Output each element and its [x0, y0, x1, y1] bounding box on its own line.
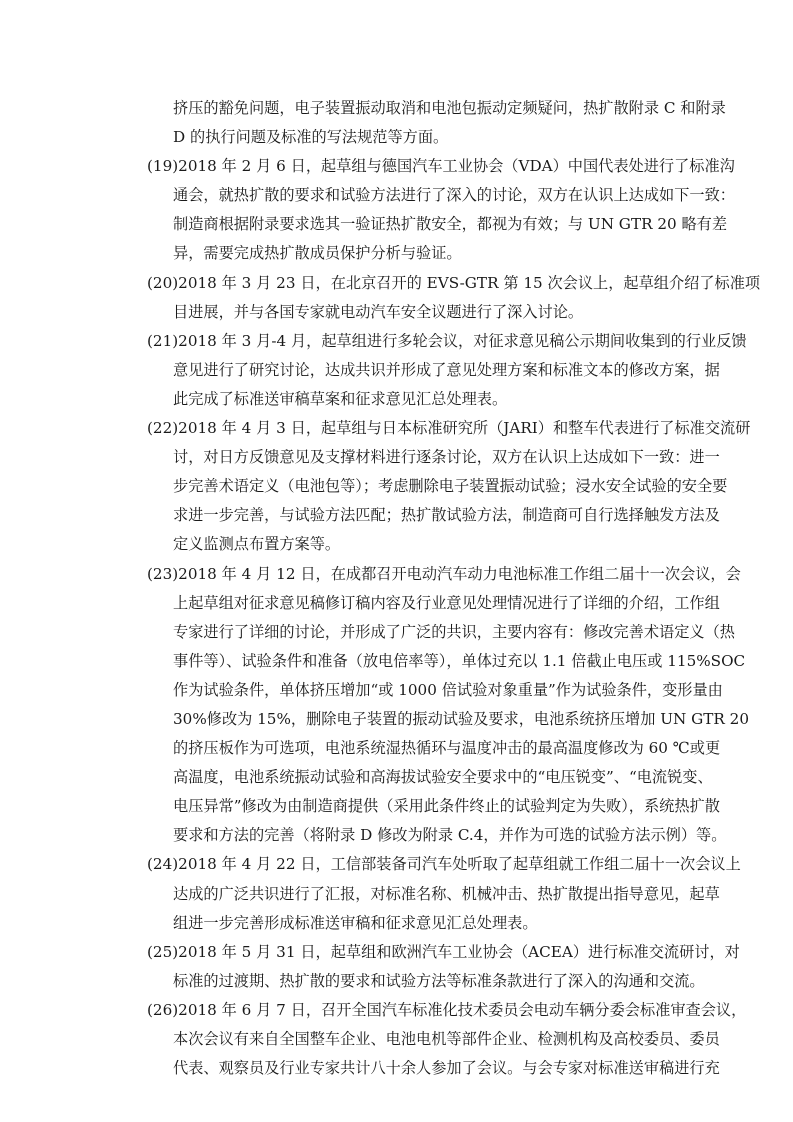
text-line: (22)2018 年 4 月 3 日，起草组与日本标准研究所（JARI）和整车代…	[147, 414, 679, 443]
text-line: (19)2018 年 2 月 6 日，起草组与德国汽车工业协会（VDA）中国代表…	[147, 152, 679, 181]
text-line: 专家进行了详细的讨论，并形成了广泛的共识，主要内容有：修改完善术语定义（热	[147, 618, 679, 647]
text-line: 事件等）、试验条件和准备（放电倍率等），单体过充以 1.1 倍截止电压或 115…	[147, 647, 679, 676]
paragraph-23: (23)2018 年 4 月 12 日，在成都召开电动汽车动力电池标准工作组二届…	[147, 560, 679, 851]
text-line: 组进一步完善形成标准送审稿和征求意见汇总处理表。	[147, 909, 679, 938]
paragraph-24: (24)2018 年 4 月 22 日，工信部装备司汽车处听取了起草组就工作组二…	[147, 850, 679, 937]
text-line: 高温度，电池系统振动试验和高海拔试验安全要求中的“电压锐变”、“电流锐变、	[147, 763, 679, 792]
text-line: 挤压的豁免问题，电子装置振动取消和电池包振动定频疑问，热扩散附录 C 和附录	[147, 94, 679, 123]
paragraph-26: (26)2018 年 6 月 7 日，召开全国汽车标准化技术委员会电动车辆分委会…	[147, 996, 679, 1083]
text-line: 意见进行了研究讨论，达成共识并形成了意见处理方案和标准文本的修改方案，据	[147, 356, 679, 385]
text-line: 上起草组对征求意见稿修订稿内容及行业意见处理情况进行了详细的介绍，工作组	[147, 589, 679, 618]
text-line: 定义监测点布置方案等。	[147, 530, 679, 559]
text-line: 的挤压板作为可选项，电池系统湿热循环与温度冲击的最高温度修改为 60 ℃或更	[147, 734, 679, 763]
text-line: 标准的过渡期、热扩散的要求和试验方法等标准条款进行了深入的沟通和交流。	[147, 967, 679, 996]
text-line: (25)2018 年 5 月 31 日，起草组和欧洲汽车工业协会（ACEA）进行…	[147, 938, 679, 967]
text-line: 讨，对日方反馈意见及支撑材料进行逐条讨论，双方在认识上达成如下一致：进一	[147, 443, 679, 472]
text-line: 步完善术语定义（电池包等）；考虑删除电子装置振动试验；浸水安全试验的安全要	[147, 472, 679, 501]
page-body: 挤压的豁免问题，电子装置振动取消和电池包振动定频疑问，热扩散附录 C 和附录 D…	[147, 94, 679, 1083]
paragraph-25: (25)2018 年 5 月 31 日，起草组和欧洲汽车工业协会（ACEA）进行…	[147, 938, 679, 996]
paragraph-20: (20)2018 年 3 月 23 日，在北京召开的 EVS-GTR 第 15 …	[147, 269, 679, 327]
document-page: 挤压的豁免问题，电子装置振动取消和电池包振动定频疑问，热扩散附录 C 和附录 D…	[0, 0, 793, 1122]
text-line: 求进一步完善，与试验方法匹配；热扩散试验方法，制造商可自行选择触发方法及	[147, 501, 679, 530]
text-line: 30%修改为 15%，删除电子装置的振动试验及要求，电池系统挤压增加 UN GT…	[147, 705, 679, 734]
text-line: 通会，就热扩散的要求和试验方法进行了深入的讨论，双方在认识上达成如下一致：	[147, 181, 679, 210]
text-line: 达成的广泛共识进行了汇报，对标准名称、机械冲击、热扩散提出指导意见，起草	[147, 880, 679, 909]
text-line: 制造商根据附录要求选其一验证热扩散安全，都视为有效；与 UN GTR 20 略有…	[147, 210, 679, 239]
text-line: 电压异常”修改为由制造商提供（采用此条件终止的试验判定为失败），系统热扩散	[147, 792, 679, 821]
text-line: (23)2018 年 4 月 12 日，在成都召开电动汽车动力电池标准工作组二届…	[147, 560, 679, 589]
text-line: (21)2018 年 3 月-4 月，起草组进行多轮会议，对征求意见稿公示期间收…	[147, 327, 679, 356]
text-line: 异，需要完成热扩散成员保护分析与验证。	[147, 239, 679, 268]
paragraph-21: (21)2018 年 3 月-4 月，起草组进行多轮会议，对征求意见稿公示期间收…	[147, 327, 679, 414]
text-line: D 的执行问题及标准的写法规范等方面。	[147, 123, 679, 152]
text-line: 本次会议有来自全国整车企业、电池电机等部件企业、检测机构及高校委员、委员	[147, 1025, 679, 1054]
text-line: (26)2018 年 6 月 7 日，召开全国汽车标准化技术委员会电动车辆分委会…	[147, 996, 679, 1025]
text-line: (24)2018 年 4 月 22 日，工信部装备司汽车处听取了起草组就工作组二…	[147, 850, 679, 879]
text-line: 要求和方法的完善（将附录 D 修改为附录 C.4，并作为可选的试验方法示例）等。	[147, 821, 679, 850]
text-line: 此完成了标准送审稿草案和征求意见汇总处理表。	[147, 385, 679, 414]
text-line: 目进展，并与各国专家就电动汽车安全议题进行了深入讨论。	[147, 298, 679, 327]
text-line: (20)2018 年 3 月 23 日，在北京召开的 EVS-GTR 第 15 …	[147, 269, 679, 298]
paragraph-19: (19)2018 年 2 月 6 日，起草组与德国汽车工业协会（VDA）中国代表…	[147, 152, 679, 268]
paragraph-18-continuation: 挤压的豁免问题，电子装置振动取消和电池包振动定频疑问，热扩散附录 C 和附录 D…	[147, 94, 679, 152]
paragraph-22: (22)2018 年 4 月 3 日，起草组与日本标准研究所（JARI）和整车代…	[147, 414, 679, 559]
text-line: 代表、观察员及行业专家共计八十余人参加了会议。与会专家对标准送审稿进行充	[147, 1054, 679, 1083]
text-line: 作为试验条件，单体挤压增加“或 1000 倍试验对象重量”作为试验条件，变形量由	[147, 676, 679, 705]
